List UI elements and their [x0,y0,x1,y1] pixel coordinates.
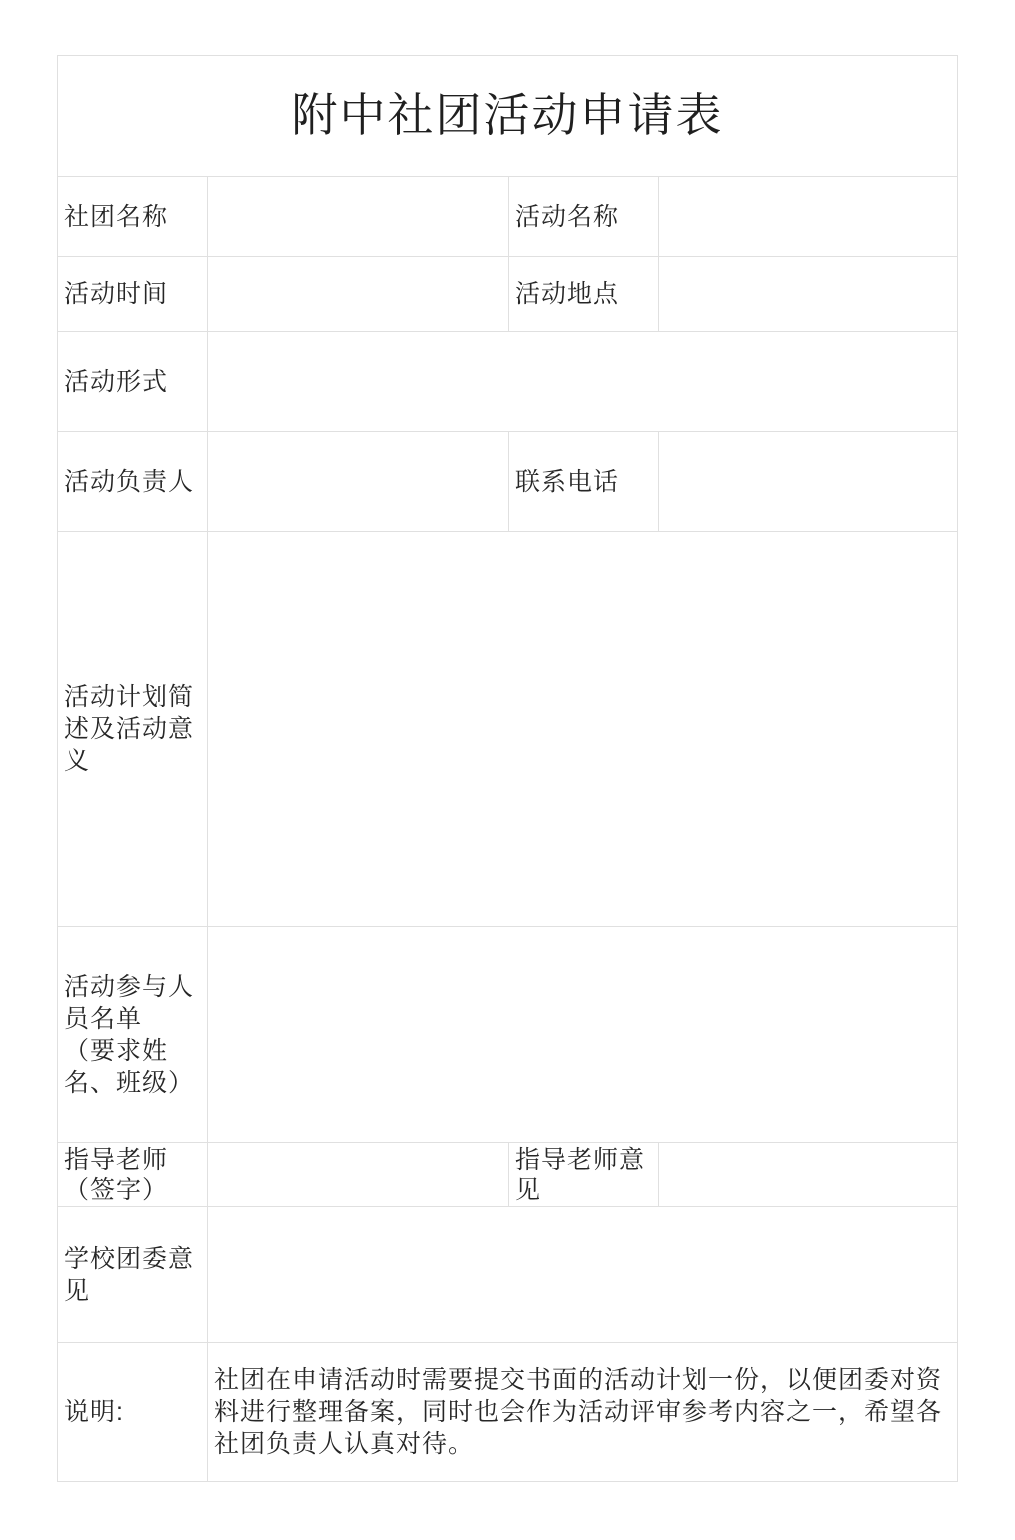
time-place-row: 活动时间 活动地点 [58,257,958,332]
activity-time-label: 活动时间 [58,257,208,332]
activity-name-label: 活动名称 [509,177,659,257]
plan-summary-label: 活动计划简述及活动意义 [58,532,208,927]
activity-name-input-cell[interactable] [659,177,958,257]
plan-summary-input-cell[interactable] [208,532,958,927]
contact-phone-label: 联系电话 [509,432,659,532]
tutor-row: 指导老师（签字） 指导老师意见 [58,1143,958,1207]
note-row: 说明: 社团在申请活动时需要提交书面的活动计划一份，以便团委对资料进行整理备案，… [58,1343,958,1482]
form-title: 附中社团活动申请表 [58,56,958,177]
activity-form-row: 活动形式 [58,332,958,432]
participants-row: 活动参与人员名单 （要求姓名、班级） [58,927,958,1143]
activity-form-label: 活动形式 [58,332,208,432]
tutor-opinion-input-cell[interactable] [659,1143,958,1207]
tutor-signature-input-cell[interactable] [208,1143,509,1207]
school-league-row: 学校团委意见 [58,1207,958,1343]
title-row: 附中社团活动申请表 [58,56,958,177]
application-form-table: 附中社团活动申请表 社团名称 活动名称 活动时间 活动地点 活动形式 活动负责人… [57,55,958,1482]
activity-place-input-cell[interactable] [659,257,958,332]
tutor-signature-label: 指导老师（签字） [58,1143,208,1207]
club-name-label: 社团名称 [58,177,208,257]
participants-label: 活动参与人员名单 （要求姓名、班级） [58,927,208,1143]
leader-phone-row: 活动负责人 联系电话 [58,432,958,532]
activity-form-input-cell[interactable] [208,332,958,432]
plan-summary-row: 活动计划简述及活动意义 [58,532,958,927]
school-league-opinion-input-cell[interactable] [208,1207,958,1343]
name-row: 社团名称 活动名称 [58,177,958,257]
tutor-opinion-label: 指导老师意见 [509,1143,659,1207]
participants-input-cell[interactable] [208,927,958,1143]
note-text: 社团在申请活动时需要提交书面的活动计划一份，以便团委对资料进行整理备案，同时也会… [208,1343,958,1482]
activity-leader-input-cell[interactable] [208,432,509,532]
note-label: 说明: [58,1343,208,1482]
contact-phone-input-cell[interactable] [659,432,958,532]
activity-place-label: 活动地点 [509,257,659,332]
school-league-opinion-label: 学校团委意见 [58,1207,208,1343]
club-name-input-cell[interactable] [208,177,509,257]
activity-leader-label: 活动负责人 [58,432,208,532]
activity-time-input-cell[interactable] [208,257,509,332]
document-page: 附中社团活动申请表 社团名称 活动名称 活动时间 活动地点 活动形式 活动负责人… [0,0,1015,1540]
